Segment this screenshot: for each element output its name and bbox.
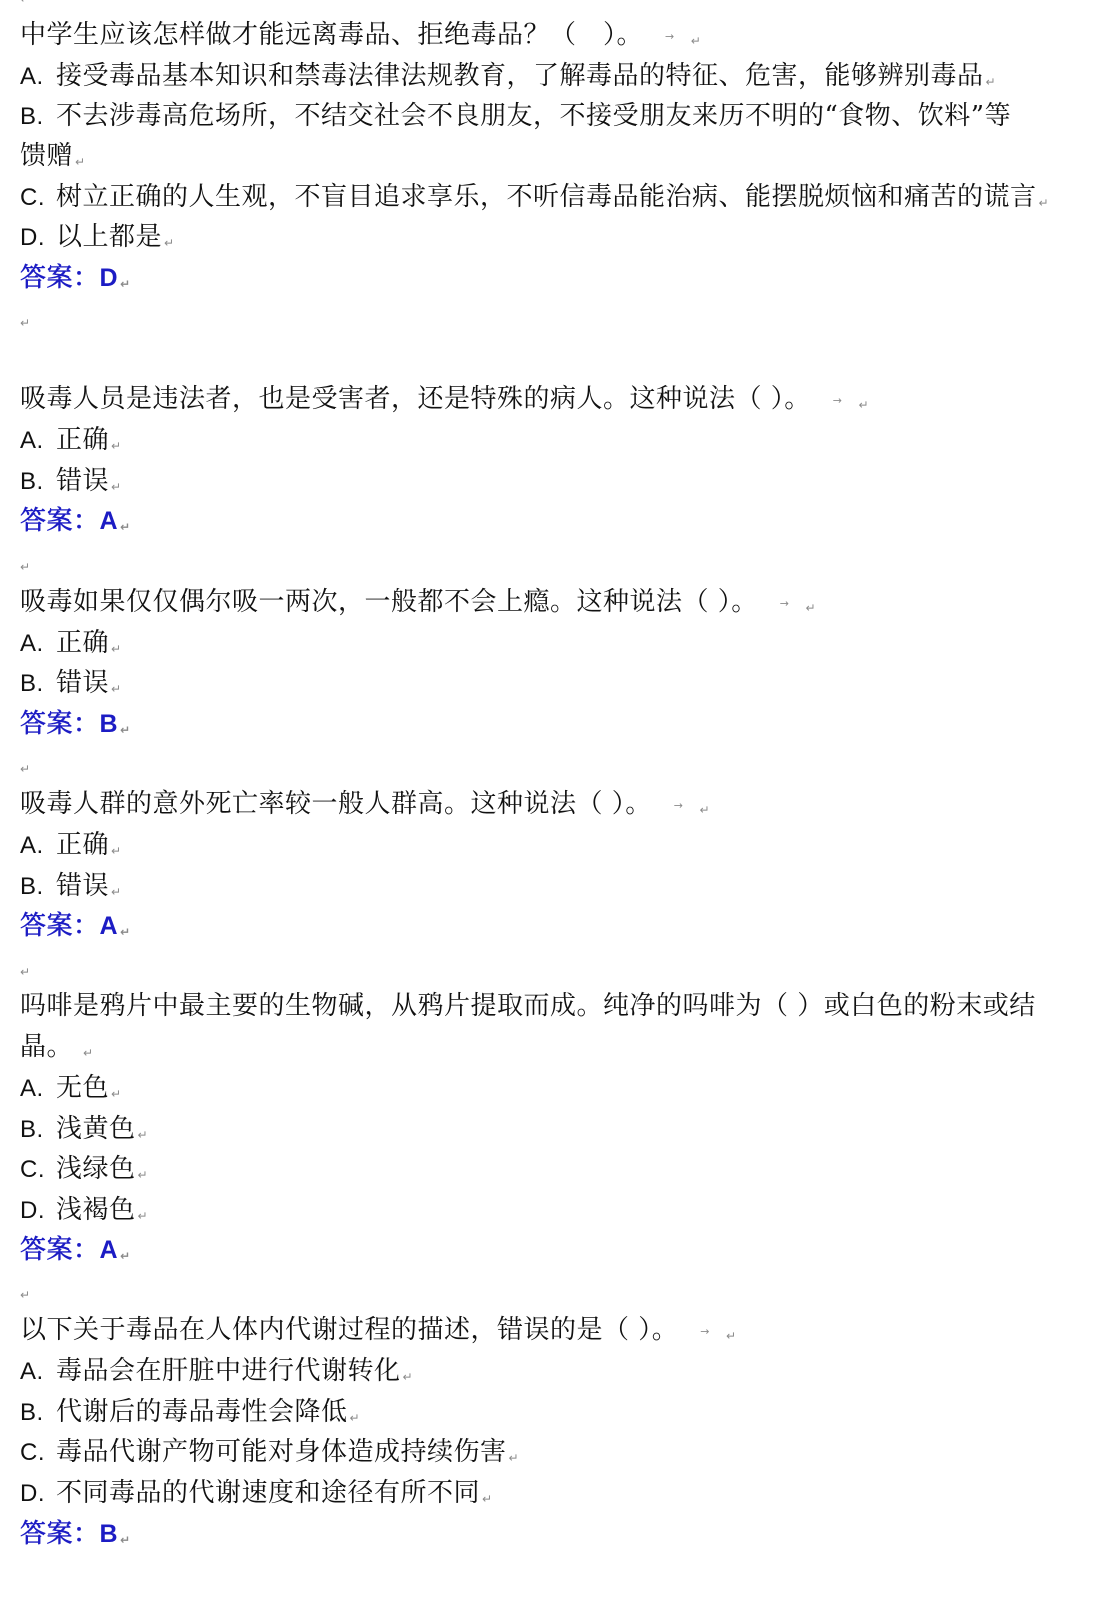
answer-value: A bbox=[100, 1236, 119, 1264]
option-label: A. bbox=[20, 426, 56, 456]
option-text: 错误 bbox=[56, 668, 109, 698]
answer-value: D bbox=[100, 264, 119, 292]
option-text: 接受毒品基本知识和禁毒法律法规教育，了解毒品的特征、危害，能够辨别毒品 bbox=[56, 61, 984, 91]
question-1-answer: 答案：D↵ bbox=[20, 263, 131, 299]
option-label: A. bbox=[20, 629, 56, 659]
paragraph-mark: ↵ bbox=[726, 1329, 737, 1343]
question-1-stem: 中学生应该怎样做才能远离毒品、拒绝毒品？（ ）。→↵ bbox=[20, 20, 701, 56]
answer-label: 答案： bbox=[20, 263, 100, 293]
option-label: D. bbox=[20, 1479, 56, 1509]
question-1-option-a: A.接受毒品基本知识和禁毒法律法规教育，了解毒品的特征、危害，能够辨别毒品↵ bbox=[20, 61, 996, 97]
option-text: 错误 bbox=[56, 466, 109, 496]
answer-value: B bbox=[100, 710, 119, 738]
paragraph-mark: ↵ bbox=[699, 803, 710, 817]
question-6-option-d: D.不同毒品的代谢速度和途径有所不同↵ bbox=[20, 1478, 493, 1514]
question-3-answer: 答案：B↵ bbox=[20, 709, 131, 745]
question-1-option-d: D.以上都是↵ bbox=[20, 222, 175, 258]
paragraph-mark: ↵ bbox=[858, 398, 869, 412]
paragraph-mark: ↵ bbox=[120, 723, 131, 737]
paragraph-mark: ↵ bbox=[350, 1411, 361, 1425]
option-text: 以上都是 bbox=[56, 222, 162, 252]
option-text: 错误 bbox=[56, 871, 109, 901]
paragraph-mark: ↵ bbox=[120, 1249, 131, 1263]
question-4-answer: 答案：A↵ bbox=[20, 911, 131, 947]
tab-mark: → bbox=[700, 1325, 710, 1338]
option-label: A. bbox=[20, 831, 56, 861]
paragraph-mark: ↵ bbox=[805, 601, 816, 615]
paragraph-mark: ↵ bbox=[75, 155, 86, 169]
paragraph-mark: ↵ bbox=[111, 682, 122, 696]
option-text: 毒品代谢产物可能对身体造成持续伤害 bbox=[56, 1437, 507, 1467]
paragraph-mark: ↵ bbox=[138, 1128, 149, 1142]
question-5-option-d: D.浅褐色↵ bbox=[20, 1195, 148, 1231]
question-1-option-b-continued: 馈赠↵ bbox=[20, 141, 86, 177]
paragraph-mark: ↵ bbox=[20, 560, 30, 574]
question-4-option-b: B.错误↵ bbox=[20, 871, 122, 907]
paragraph-mark: ↵ bbox=[482, 1492, 493, 1506]
option-label: B. bbox=[20, 1398, 56, 1428]
paragraph-mark: ↵ bbox=[120, 520, 131, 534]
question-6-option-a: A.毒品会在肝脏中进行代谢转化↵ bbox=[20, 1356, 413, 1392]
option-text: 浅褐色 bbox=[56, 1195, 136, 1225]
answer-label: 答案： bbox=[20, 911, 100, 941]
question-stem-text: 中学生应该怎样做才能远离毒品、拒绝毒品？（ ）。 bbox=[20, 20, 643, 50]
question-stem-text: 以下关于毒品在人体内代谢过程的描述，错误的是（ ）。 bbox=[20, 1315, 678, 1345]
option-label: C. bbox=[20, 1438, 56, 1468]
answer-value: A bbox=[100, 507, 119, 535]
question-stem-text-continued: 晶。 bbox=[20, 1032, 73, 1062]
option-label: C. bbox=[20, 183, 56, 213]
question-5-option-b: B.浅黄色↵ bbox=[20, 1114, 148, 1150]
question-6-option-b: B.代谢后的毒品毒性会降低↵ bbox=[20, 1397, 360, 1433]
question-stem-text: 吸毒人员是违法者，也是受害者，还是特殊的病人。这种说法（ ）。 bbox=[20, 384, 811, 414]
answer-label: 答案： bbox=[20, 1235, 100, 1265]
answer-label: 答案： bbox=[20, 709, 100, 739]
question-3-stem: 吸毒如果仅仅偶尔吸一两次，一般都不会上瘾。这种说法（ ）。→↵ bbox=[20, 587, 816, 623]
question-6-stem: 以下关于毒品在人体内代谢过程的描述，错误的是（ ）。→↵ bbox=[20, 1315, 737, 1351]
option-text: 正确 bbox=[56, 830, 109, 860]
answer-label: 答案： bbox=[20, 1519, 100, 1549]
option-label: A. bbox=[20, 1357, 56, 1387]
question-6-option-c: C.毒品代谢产物可能对身体造成持续伤害↵ bbox=[20, 1437, 519, 1473]
answer-value: B bbox=[100, 1520, 119, 1548]
paragraph-mark: ↵ bbox=[138, 1168, 149, 1182]
option-label: B. bbox=[20, 872, 56, 902]
option-text: 树立正确的人生观，不盲目追求享乐，不听信毒品能治病、能摆脱烦恼和痛苦的谎言 bbox=[56, 182, 1037, 212]
paragraph-mark: ↵ bbox=[120, 277, 131, 291]
option-label: B. bbox=[20, 669, 56, 699]
paragraph-mark: ↵ bbox=[111, 844, 122, 858]
question-stem-text: 吸毒人群的意外死亡率较一般人群高。这种说法（ ）。 bbox=[20, 789, 652, 819]
option-label: B. bbox=[20, 1115, 56, 1145]
option-text: 正确 bbox=[56, 425, 109, 455]
paragraph-mark: ↵ bbox=[138, 1209, 149, 1223]
question-stem-text: 吗啡是鸦片中最主要的生物碱，从鸦片提取而成。纯净的吗啡为（ ）或白色的粉末或结 bbox=[20, 991, 1036, 1021]
paragraph-mark: ↵ bbox=[111, 480, 122, 494]
paragraph-mark: ↵ bbox=[20, 1288, 30, 1302]
question-4-stem: 吸毒人群的意外死亡率较一般人群高。这种说法（ ）。→↵ bbox=[20, 789, 710, 825]
paragraph-mark: ↵ bbox=[111, 885, 122, 899]
option-text: 不同毒品的代谢速度和途径有所不同 bbox=[56, 1478, 480, 1508]
question-1-option-b: B.不去涉毒高危场所，不结交社会不良朋友，不接受朋友来历不明的“食物、饮料”等 bbox=[20, 101, 1011, 132]
option-label: A. bbox=[20, 62, 56, 92]
question-5-option-c: C.浅绿色↵ bbox=[20, 1154, 148, 1190]
question-5-option-a: A.无色↵ bbox=[20, 1073, 122, 1109]
question-4-option-a: A.正确↵ bbox=[20, 830, 122, 866]
question-5-stem: 吗啡是鸦片中最主要的生物碱，从鸦片提取而成。纯净的吗啡为（ ）或白色的粉末或结 bbox=[20, 991, 1036, 1021]
paragraph-mark: ↵ bbox=[111, 642, 122, 656]
question-2-stem: 吸毒人员是违法者，也是受害者，还是特殊的病人。这种说法（ ）。→↵ bbox=[20, 384, 869, 420]
tab-mark: → bbox=[674, 799, 684, 812]
answer-value: A bbox=[100, 912, 119, 940]
paragraph-mark: ↵ bbox=[20, 316, 30, 330]
question-2-option-a: A.正确↵ bbox=[20, 425, 122, 461]
paragraph-mark: ↵ bbox=[83, 1046, 94, 1060]
tab-mark: → bbox=[665, 30, 675, 43]
option-text: 无色 bbox=[56, 1073, 109, 1103]
question-1-option-c: C.树立正确的人生观，不盲目追求享乐，不听信毒品能治病、能摆脱烦恼和痛苦的谎言↵ bbox=[20, 182, 1049, 218]
tab-mark: → bbox=[833, 394, 843, 407]
question-5-answer: 答案：A↵ bbox=[20, 1235, 131, 1271]
paragraph-mark: ↵ bbox=[509, 1451, 520, 1465]
option-text: 正确 bbox=[56, 628, 109, 658]
paragraph-mark: ↵ bbox=[1039, 196, 1050, 210]
option-label: D. bbox=[20, 1196, 56, 1226]
question-2-option-b: B.错误↵ bbox=[20, 466, 122, 502]
option-label: B. bbox=[20, 102, 56, 132]
paragraph-mark: ↵ bbox=[403, 1370, 414, 1384]
option-text: 毒品会在肝脏中进行代谢转化 bbox=[56, 1356, 401, 1386]
option-label: B. bbox=[20, 467, 56, 497]
option-text: 不去涉毒高危场所，不结交社会不良朋友，不接受朋友来历不明的“食物、饮料”等 bbox=[56, 101, 1011, 131]
paragraph-mark: ↵ bbox=[20, 0, 30, 6]
paragraph-mark: ↵ bbox=[120, 925, 131, 939]
paragraph-mark: ↵ bbox=[120, 1533, 131, 1547]
paragraph-mark: ↵ bbox=[20, 965, 30, 979]
option-text-continued: 馈赠 bbox=[20, 141, 73, 171]
option-label: C. bbox=[20, 1155, 56, 1185]
option-text: 浅黄色 bbox=[56, 1114, 136, 1144]
question-5-stem-continued: 晶。↵ bbox=[20, 1032, 94, 1068]
question-2-answer: 答案：A↵ bbox=[20, 506, 131, 542]
paragraph-mark: ↵ bbox=[164, 236, 175, 250]
option-label: A. bbox=[20, 1074, 56, 1104]
paragraph-mark: ↵ bbox=[691, 34, 702, 48]
question-3-option-b: B.错误↵ bbox=[20, 668, 122, 704]
answer-label: 答案： bbox=[20, 506, 100, 536]
paragraph-mark: ↵ bbox=[986, 75, 997, 89]
question-stem-text: 吸毒如果仅仅偶尔吸一两次，一般都不会上瘾。这种说法（ ）。 bbox=[20, 587, 758, 617]
option-text: 代谢后的毒品毒性会降低 bbox=[56, 1397, 348, 1427]
tab-mark: → bbox=[780, 597, 790, 610]
question-6-answer: 答案：B↵ bbox=[20, 1519, 131, 1555]
paragraph-mark: ↵ bbox=[111, 1087, 122, 1101]
option-label: D. bbox=[20, 223, 56, 253]
option-text: 浅绿色 bbox=[56, 1154, 136, 1184]
question-3-option-a: A.正确↵ bbox=[20, 628, 122, 664]
paragraph-mark: ↵ bbox=[20, 762, 30, 776]
paragraph-mark: ↵ bbox=[111, 439, 122, 453]
